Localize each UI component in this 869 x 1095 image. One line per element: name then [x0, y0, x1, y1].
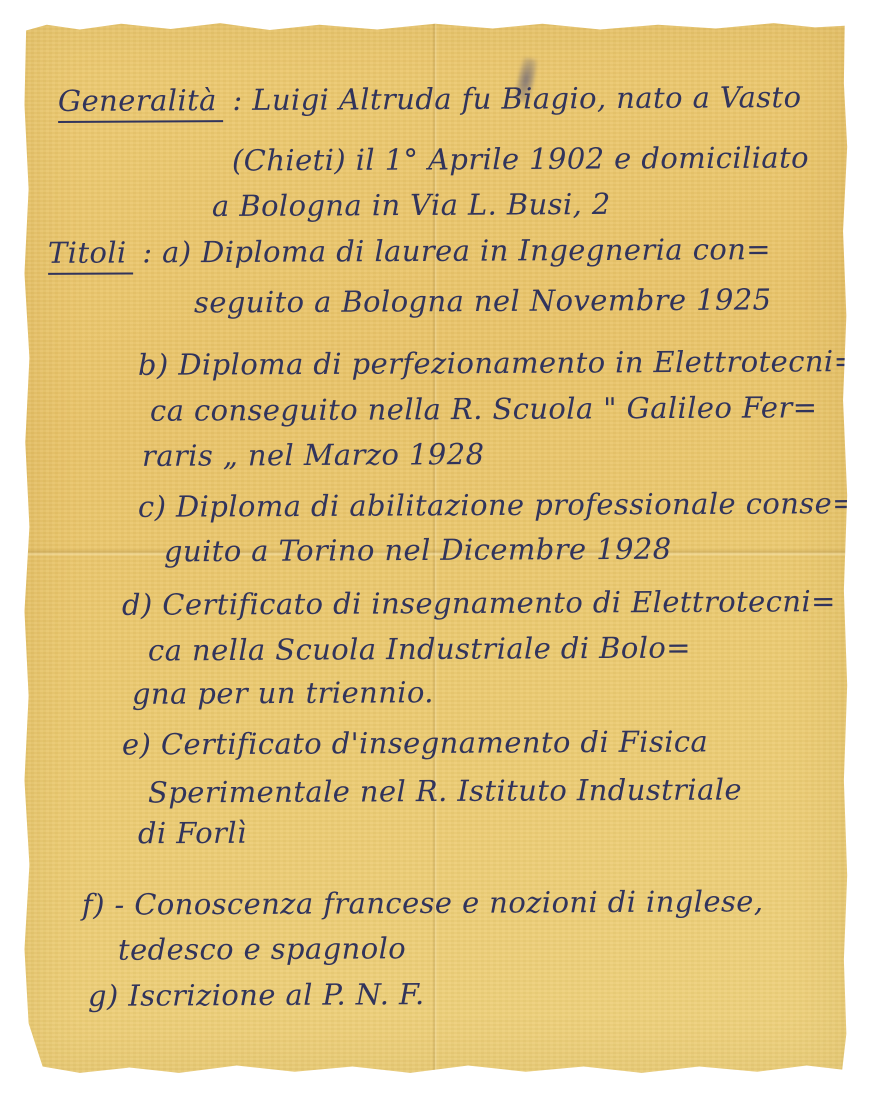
handwritten-line: tedesco e spagnolo: [118, 931, 406, 967]
handwritten-line: (Chieti) il 1° Aprile 1902 e domiciliato: [232, 140, 809, 177]
titoli-heading-line: Titoli : a) Diploma di laurea in Ingegne…: [48, 232, 771, 270]
handwritten-line: ca nella Scuola Industriale di Bolo=: [148, 631, 691, 668]
handwritten-line: raris „ nel Marzo 1928: [142, 437, 485, 473]
handwritten-line: gna per un triennio.: [132, 675, 434, 711]
handwritten-line: guito a Torino nel Dicembre 1928: [164, 532, 672, 569]
handwritten-line: e) Certificato d'insegnamento di Fisica: [122, 724, 708, 761]
generalita-heading: Generalità: [58, 83, 223, 123]
titoli-heading: Titoli: [48, 235, 133, 274]
handwritten-line: d) Certificato di insegnamento di Elettr…: [122, 584, 836, 622]
scanned-document: Generalità : Luigi Altruda fu Biagio, na…: [0, 0, 869, 1095]
handwritten-line: c) Diploma di abilitazione professionale…: [138, 486, 857, 524]
handwritten-line: ca conseguito nella R. Scuola " Galileo …: [150, 390, 818, 427]
handwritten-line: b) Diploma di perfezionamento in Elettro…: [138, 344, 858, 382]
handwritten-line: f) - Conoscenza francese e nozioni di in…: [82, 884, 764, 922]
handwritten-line: di Forlì: [138, 816, 247, 851]
handwritten-line: Sperimentale nel R. Istituto Industriale: [148, 772, 742, 809]
handwritten-line: a Bologna in Via L. Busi, 2: [212, 187, 611, 223]
paper-sheet: Generalità : Luigi Altruda fu Biagio, na…: [22, 20, 848, 1076]
titoli-item-a-text: : a) Diploma di laurea in Ingegneria con…: [142, 232, 771, 269]
handwritten-line: g) Iscrizione al P. N. F.: [88, 977, 425, 1013]
generalita-text: : Luigi Altruda fu Biagio, nato a Vasto: [232, 80, 801, 117]
generalita-heading-line: Generalità : Luigi Altruda fu Biagio, na…: [58, 80, 802, 118]
handwritten-line: seguito a Bologna nel Novembre 1925: [194, 282, 772, 319]
